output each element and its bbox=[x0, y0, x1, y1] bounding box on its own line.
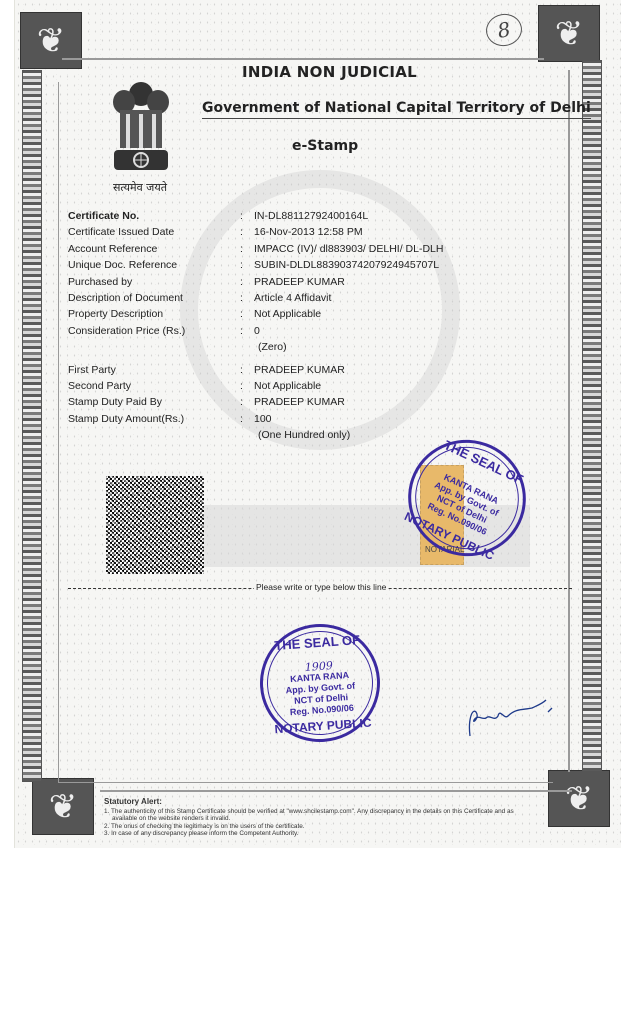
field-value: 16-Nov-2013 12:58 PM bbox=[254, 226, 363, 238]
detail-row-property-description: Property Description: Not Applicable bbox=[68, 308, 508, 324]
seal-center-text: 1909 KANTA RANA App. by Govt. of NCT of … bbox=[262, 657, 380, 720]
field-label: Stamp Duty Paid By bbox=[68, 396, 162, 408]
field-value: PRADEEP KUMAR bbox=[254, 276, 345, 288]
inner-frame-line bbox=[568, 70, 570, 772]
write-below-instruction: Please write or type below this line bbox=[254, 582, 388, 592]
field-label: Purchased by bbox=[68, 276, 132, 288]
detail-row-consideration-words: (Zero) bbox=[68, 341, 508, 357]
ornament-border-left bbox=[22, 70, 42, 782]
field-value: Not Applicable bbox=[254, 380, 321, 392]
detail-row-issued-date: Certificate Issued Date: 16-Nov-2013 12:… bbox=[68, 226, 508, 242]
statutory-alert: Statutory Alert: 1. The authenticity of … bbox=[104, 798, 544, 838]
field-value: IN-DL88112792400164L bbox=[254, 210, 368, 222]
field-label: Certificate No. bbox=[68, 210, 139, 222]
field-label: Certificate Issued Date bbox=[68, 226, 174, 238]
field-value: PRADEEP KUMAR bbox=[254, 396, 345, 408]
certificate-details: Certificate No.: IN-DL88112792400164L Ce… bbox=[68, 210, 508, 445]
detail-row-stamp-duty-amount: Stamp Duty Amount(Rs.): 100 bbox=[68, 413, 508, 429]
field-value: SUBIN-DLDL88390374207924945707L bbox=[254, 259, 439, 271]
detail-row-unique-doc-reference: Unique Doc. Reference: SUBIN-DLDL8839037… bbox=[68, 259, 508, 275]
signature bbox=[464, 690, 554, 740]
alert-item: available on the website renders it inva… bbox=[104, 815, 544, 823]
detail-row-second-party: Second Party: Not Applicable bbox=[68, 380, 508, 396]
national-emblem-icon bbox=[104, 72, 178, 180]
alert-item: 3. In case of any discrepancy please inf… bbox=[104, 830, 544, 838]
field-value: Not Applicable bbox=[254, 308, 321, 320]
notary-seal: THE SEAL OF 1909 KANTA RANA App. by Govt… bbox=[256, 620, 384, 746]
field-label: Description of Document bbox=[68, 292, 183, 304]
detail-row-stamp-duty-paid-by: Stamp Duty Paid By: PRADEEP KUMAR bbox=[68, 396, 508, 412]
ornament-border-right bbox=[582, 60, 602, 772]
document-title: INDIA NON JUDICIAL bbox=[242, 63, 417, 81]
field-label: Account Reference bbox=[68, 243, 157, 255]
alert-item: 1. The authenticity of this Stamp Certif… bbox=[104, 808, 544, 816]
field-value: PRADEEP KUMAR bbox=[254, 364, 345, 376]
field-value: 0 bbox=[254, 325, 260, 337]
field-label: Consideration Price (Rs.) bbox=[68, 325, 185, 337]
inner-frame-line bbox=[100, 790, 572, 792]
ornament-corner-icon: ❦ bbox=[548, 770, 610, 827]
detail-row-certificate-no: Certificate No.: IN-DL88112792400164L bbox=[68, 210, 508, 226]
alert-item: 2. The onus of checking the legitimacy i… bbox=[104, 823, 544, 831]
inner-frame-line bbox=[62, 58, 544, 60]
field-label: First Party bbox=[68, 364, 116, 376]
document-type: e-Stamp bbox=[292, 138, 358, 154]
security-barcode bbox=[106, 476, 204, 574]
ornament-corner-icon: ❦ bbox=[32, 778, 94, 835]
field-value: Article 4 Affidavit bbox=[254, 292, 331, 304]
detail-row-first-party: First Party: PRADEEP KUMAR bbox=[68, 364, 508, 380]
field-value-words: (One Hundred only) bbox=[258, 429, 350, 441]
statutory-alert-heading: Statutory Alert: bbox=[104, 798, 544, 806]
detail-row-description: Description of Document: Article 4 Affid… bbox=[68, 292, 508, 308]
field-value-words: (Zero) bbox=[258, 341, 287, 353]
field-label: Second Party bbox=[68, 380, 131, 392]
issuing-authority: Government of National Capital Territory… bbox=[202, 100, 591, 119]
field-label: Stamp Duty Amount(Rs.) bbox=[68, 413, 184, 425]
field-value: IMPACC (IV)/ dl883903/ DELHI/ DL-DLH bbox=[254, 243, 443, 255]
ornament-corner-icon: ❦ bbox=[20, 12, 82, 69]
field-label: Unique Doc. Reference bbox=[68, 259, 177, 271]
emblem-motto: सत्यमेव जयते bbox=[100, 180, 180, 195]
detail-row-consideration-price: Consideration Price (Rs.): 0 bbox=[68, 325, 508, 341]
field-label: Property Description bbox=[68, 308, 163, 320]
detail-row-purchased-by: Purchased by: PRADEEP KUMAR bbox=[68, 276, 508, 292]
field-value: 100 bbox=[254, 413, 272, 425]
ornament-corner-icon: ❦ bbox=[538, 5, 600, 62]
detail-row-account-reference: Account Reference: IMPACC (IV)/ dl883903… bbox=[68, 243, 508, 259]
